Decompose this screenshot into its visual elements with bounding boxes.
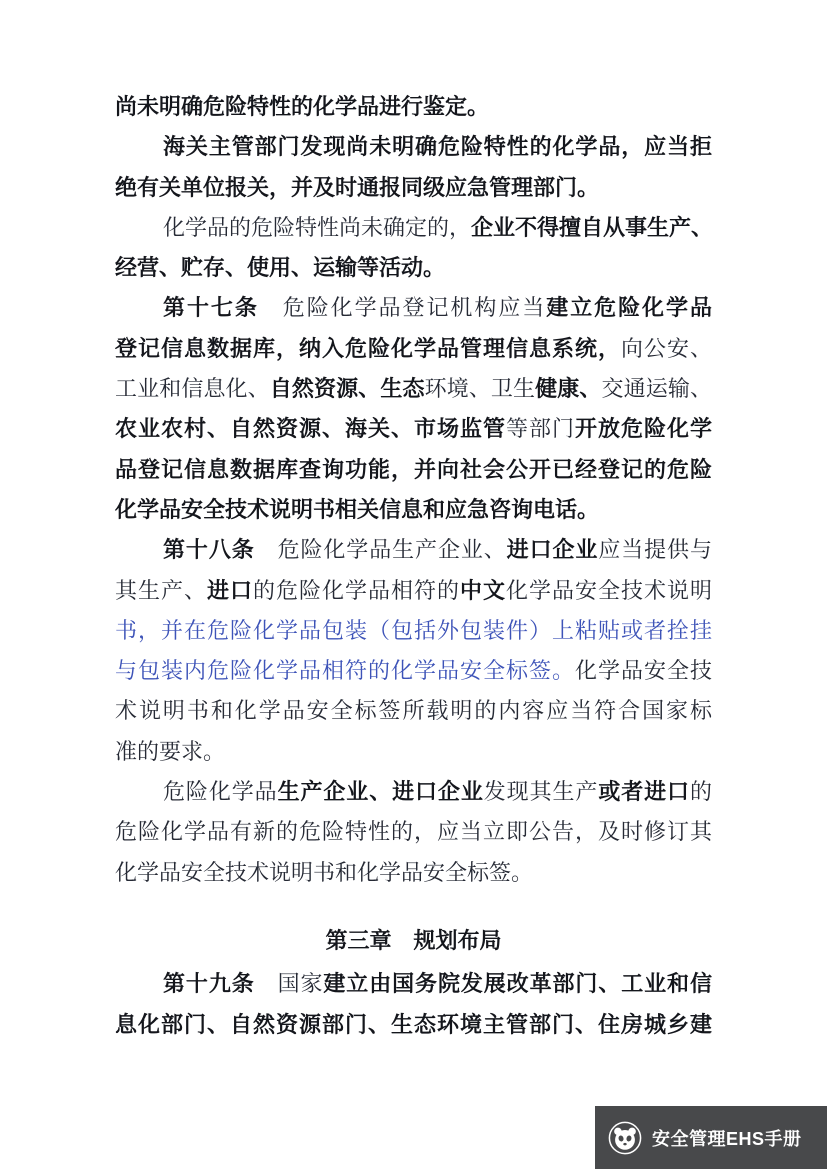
text-segment: 建立危险化学品 <box>546 295 712 320</box>
text-segment: 化学品安全技术说明 <box>506 578 712 603</box>
text-line: 术说明书和化学品安全标签所载明的内容应当符合国家标 <box>115 691 712 731</box>
text-line: 经营、贮存、使用、运输等活动。 <box>115 248 712 288</box>
text-segment: 或者进口 <box>598 779 690 804</box>
text-segment: 农业农村、自然资源、海关、市场监管 <box>115 416 506 441</box>
text-segment: 第十八条 <box>163 537 255 562</box>
panda-logo-icon <box>608 1121 642 1155</box>
text-segment: 工业和信息化、 <box>115 376 270 401</box>
text-segment: 第十九条 <box>163 971 255 996</box>
text-segment: 中文 <box>460 578 506 603</box>
text-segment: 交通运输、 <box>602 376 712 401</box>
text-line: 第十七条 危险化学品登记机构应当建立危险化学品 <box>115 288 712 328</box>
text-segment: 经营、贮存、使用、运输等活动。 <box>115 255 445 280</box>
text-segment: 书，并在危险化学品包装（包括外包装件）上粘贴或者拴挂 <box>115 618 712 643</box>
text-segment: 建立由国务院发展改革部门、工业和信 <box>323 971 712 996</box>
text-line: 危险化学品有新的危险特性的，应当立即公告，及时修订其 <box>115 812 712 852</box>
text-line: 息化部门、自然资源部门、生态环境主管部门、住房城乡建 <box>115 1005 712 1045</box>
text-line: 准的要求。 <box>115 732 712 772</box>
text-segment: 危险化学品生产企业、 <box>255 537 507 562</box>
text-segment: 等部门 <box>506 416 575 441</box>
text-line: 海关主管部门发现尚未明确危险特性的化学品，应当拒 <box>115 127 712 167</box>
text-line: 与包装内危险化学品相符的化学品安全标签。化学品安全技 <box>115 651 712 691</box>
footer-brand-text: 安全管理EHS手册 <box>652 1125 802 1151</box>
text-segment: 息化部门、自然资源部门、生态环境主管部门、住房城乡建 <box>115 1012 712 1037</box>
text-line: 品登记信息数据库查询功能，并向社会公开已经登记的危险 <box>115 450 712 490</box>
text-line: 登记信息数据库，纳入危险化学品管理信息系统，向公安、 <box>115 329 712 369</box>
text-line: 化学品的危险特性尚未确定的，企业不得擅自从事生产、 <box>115 208 712 248</box>
text-segment: 化学品的危险特性尚未确定的， <box>163 215 471 240</box>
document-page: 尚未明确危险特性的化学品进行鉴定。海关主管部门发现尚未明确危险特性的化学品，应当… <box>0 0 827 1169</box>
text-segment: 尚未明确危险特性的化学品进行鉴定。 <box>115 94 489 119</box>
text-line: 书，并在危险化学品包装（包括外包装件）上粘贴或者拴挂 <box>115 611 712 651</box>
text-segment: 品登记信息数据库查询功能，并向社会公开已经登记的危险 <box>115 457 712 482</box>
text-line: 第十九条 国家建立由国务院发展改革部门、工业和信 <box>115 964 712 1004</box>
text-line: 尚未明确危险特性的化学品进行鉴定。 <box>115 87 712 127</box>
text-segment: 登记信息数据库，纳入危险化学品管理信息系统， <box>115 336 621 361</box>
text-segment: 环境、卫生 <box>425 376 536 401</box>
text-segment: 生产企业、进口企业 <box>278 779 484 804</box>
text-segment: 术说明书和化学品安全标签所载明的内容应当符合国家标 <box>115 698 712 723</box>
text-segment: 企业不得擅自从事生产、 <box>471 215 713 240</box>
text-line: 其生产、进口的危险化学品相符的中文化学品安全技术说明 <box>115 571 712 611</box>
text-segment: 化学品安全技术说明书相关信息和应急咨询电话。 <box>115 497 599 522</box>
document-body: 尚未明确危险特性的化学品进行鉴定。海关主管部门发现尚未明确危险特性的化学品，应当… <box>115 87 712 1045</box>
text-segment: 准的要求。 <box>115 739 225 764</box>
text-segment: 发现其生产 <box>484 779 599 804</box>
text-segment: 应当提供与 <box>598 537 712 562</box>
text-segment: 第三章 规划布局 <box>325 928 501 953</box>
text-segment: 的 <box>690 779 712 804</box>
text-segment: 危险化学品有新的危险特性的，应当立即公告，及时修订其 <box>115 819 712 844</box>
text-segment: 危险化学品 <box>163 779 278 804</box>
text-segment: 进口企业 <box>507 537 599 562</box>
text-segment: 健康、 <box>535 376 601 401</box>
text-segment: 的危险化学品相符的 <box>253 578 460 603</box>
text-segment: 绝有关单位报关，并及时通报同级应急管理部门。 <box>115 175 599 200</box>
text-segment: 其生产、 <box>115 578 207 603</box>
text-line: 化学品安全技术说明书相关信息和应急咨询电话。 <box>115 490 712 530</box>
text-segment: 海关主管部门发现尚未明确危险特性的化学品，应当拒 <box>163 134 712 159</box>
text-segment: 化学品安全技 <box>575 658 712 683</box>
text-segment: 自然资源、生态 <box>270 376 425 401</box>
text-line: 农业农村、自然资源、海关、市场监管等部门开放危险化学 <box>115 409 712 449</box>
text-segment: 进口 <box>207 578 253 603</box>
text-segment: 危险化学品登记机构应当 <box>259 295 546 320</box>
text-line: 危险化学品生产企业、进口企业发现其生产或者进口的 <box>115 772 712 812</box>
text-segment: 开放危险化学 <box>575 416 712 441</box>
footer-watermark: 安全管理EHS手册 <box>595 1106 827 1169</box>
text-line: 第十八条 危险化学品生产企业、进口企业应当提供与 <box>115 530 712 570</box>
text-line: 绝有关单位报关，并及时通报同级应急管理部门。 <box>115 168 712 208</box>
text-segment: 化学品安全技术说明书和化学品安全标签。 <box>115 860 533 885</box>
text-segment: 与包装内危险化学品相符的化学品安全标签。 <box>115 658 575 683</box>
text-segment: 第十七条 <box>163 295 259 320</box>
text-line: 化学品安全技术说明书和化学品安全标签。 <box>115 853 712 893</box>
text-segment: 向公安、 <box>621 336 712 361</box>
text-line: 工业和信息化、自然资源、生态环境、卫生健康、交通运输、 <box>115 369 712 409</box>
text-segment: 国家 <box>255 971 324 996</box>
section-heading: 第三章 规划布局 <box>115 921 712 961</box>
